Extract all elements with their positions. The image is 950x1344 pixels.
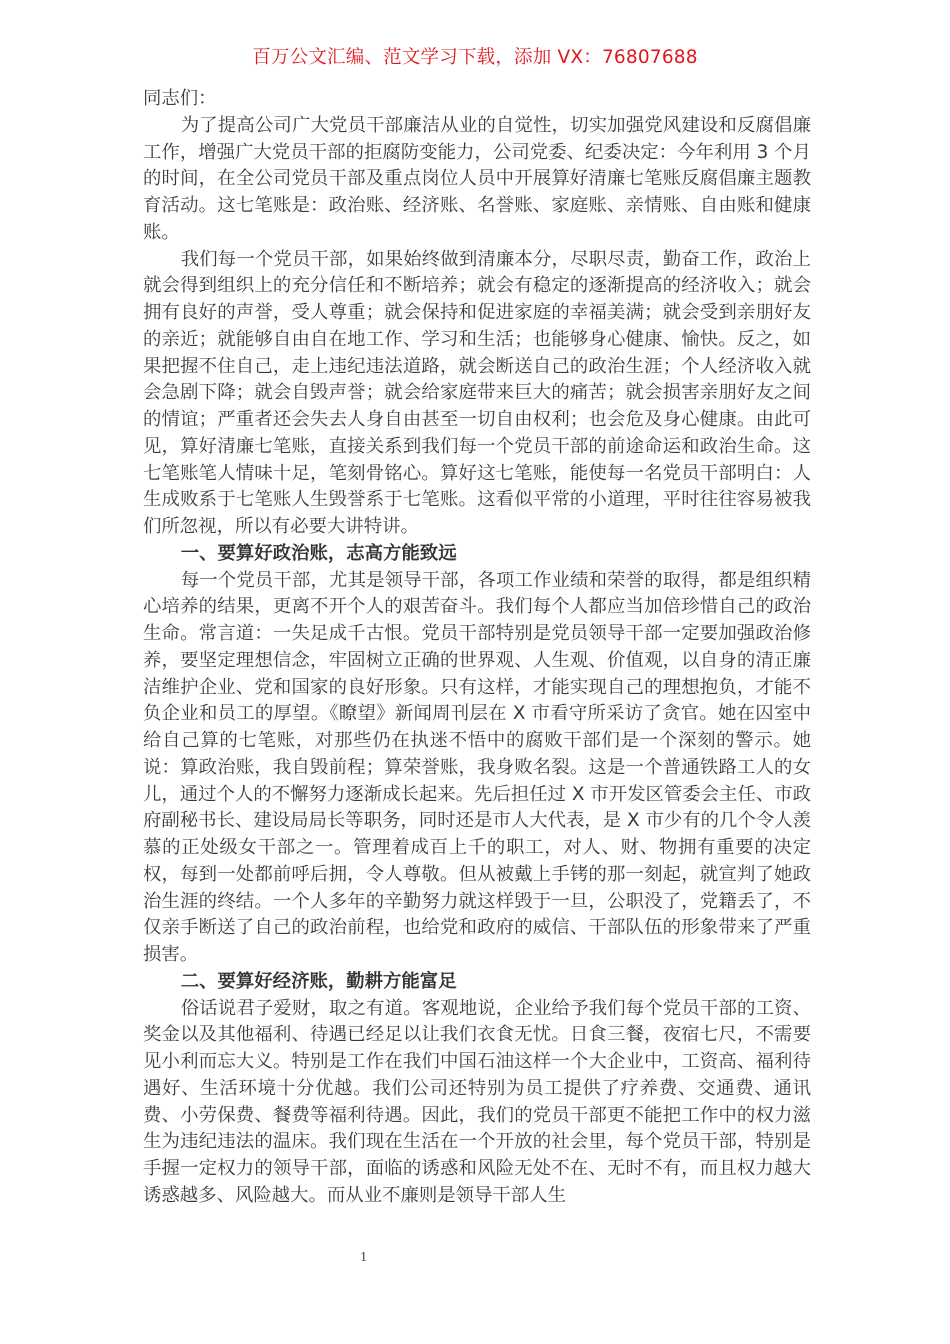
- paragraph-economic: 俗话说君子爱财，取之有道。客观地说，企业给予我们每个党员干部的工资、奖金以及其他…: [143, 996, 811, 1210]
- section-heading-political: 一、要算好政治账，志高方能致远: [143, 541, 811, 568]
- page-number: 1: [360, 1250, 367, 1266]
- document-body: 同志们： 为了提高公司广大党员干部廉洁从业的自觉性，切实加强党风建设和反腐倡廉工…: [143, 86, 811, 1210]
- document-page: 百万公文汇编、范文学习下载，添加 VX：76807688 同志们： 为了提高公司…: [0, 0, 950, 1344]
- paragraph-political: 每一个党员干部，尤其是领导干部，各项工作业绩和荣誉的取得，都是组织精心培养的结果…: [143, 568, 811, 969]
- promo-banner: 百万公文汇编、范文学习下载，添加 VX：76807688: [0, 45, 950, 71]
- paragraph-intro: 为了提高公司广大党员干部廉洁从业的自觉性，切实加强党风建设和反腐倡廉工作，增强广…: [143, 113, 811, 247]
- section-heading-economic: 二、要算好经济账，勤耕方能富足: [143, 969, 811, 996]
- salutation: 同志们：: [143, 86, 811, 113]
- paragraph-seven-accounts: 我们每一个党员干部，如果始终做到清廉本分，尽职尽责，勤奋工作，政治上就会得到组织…: [143, 247, 811, 541]
